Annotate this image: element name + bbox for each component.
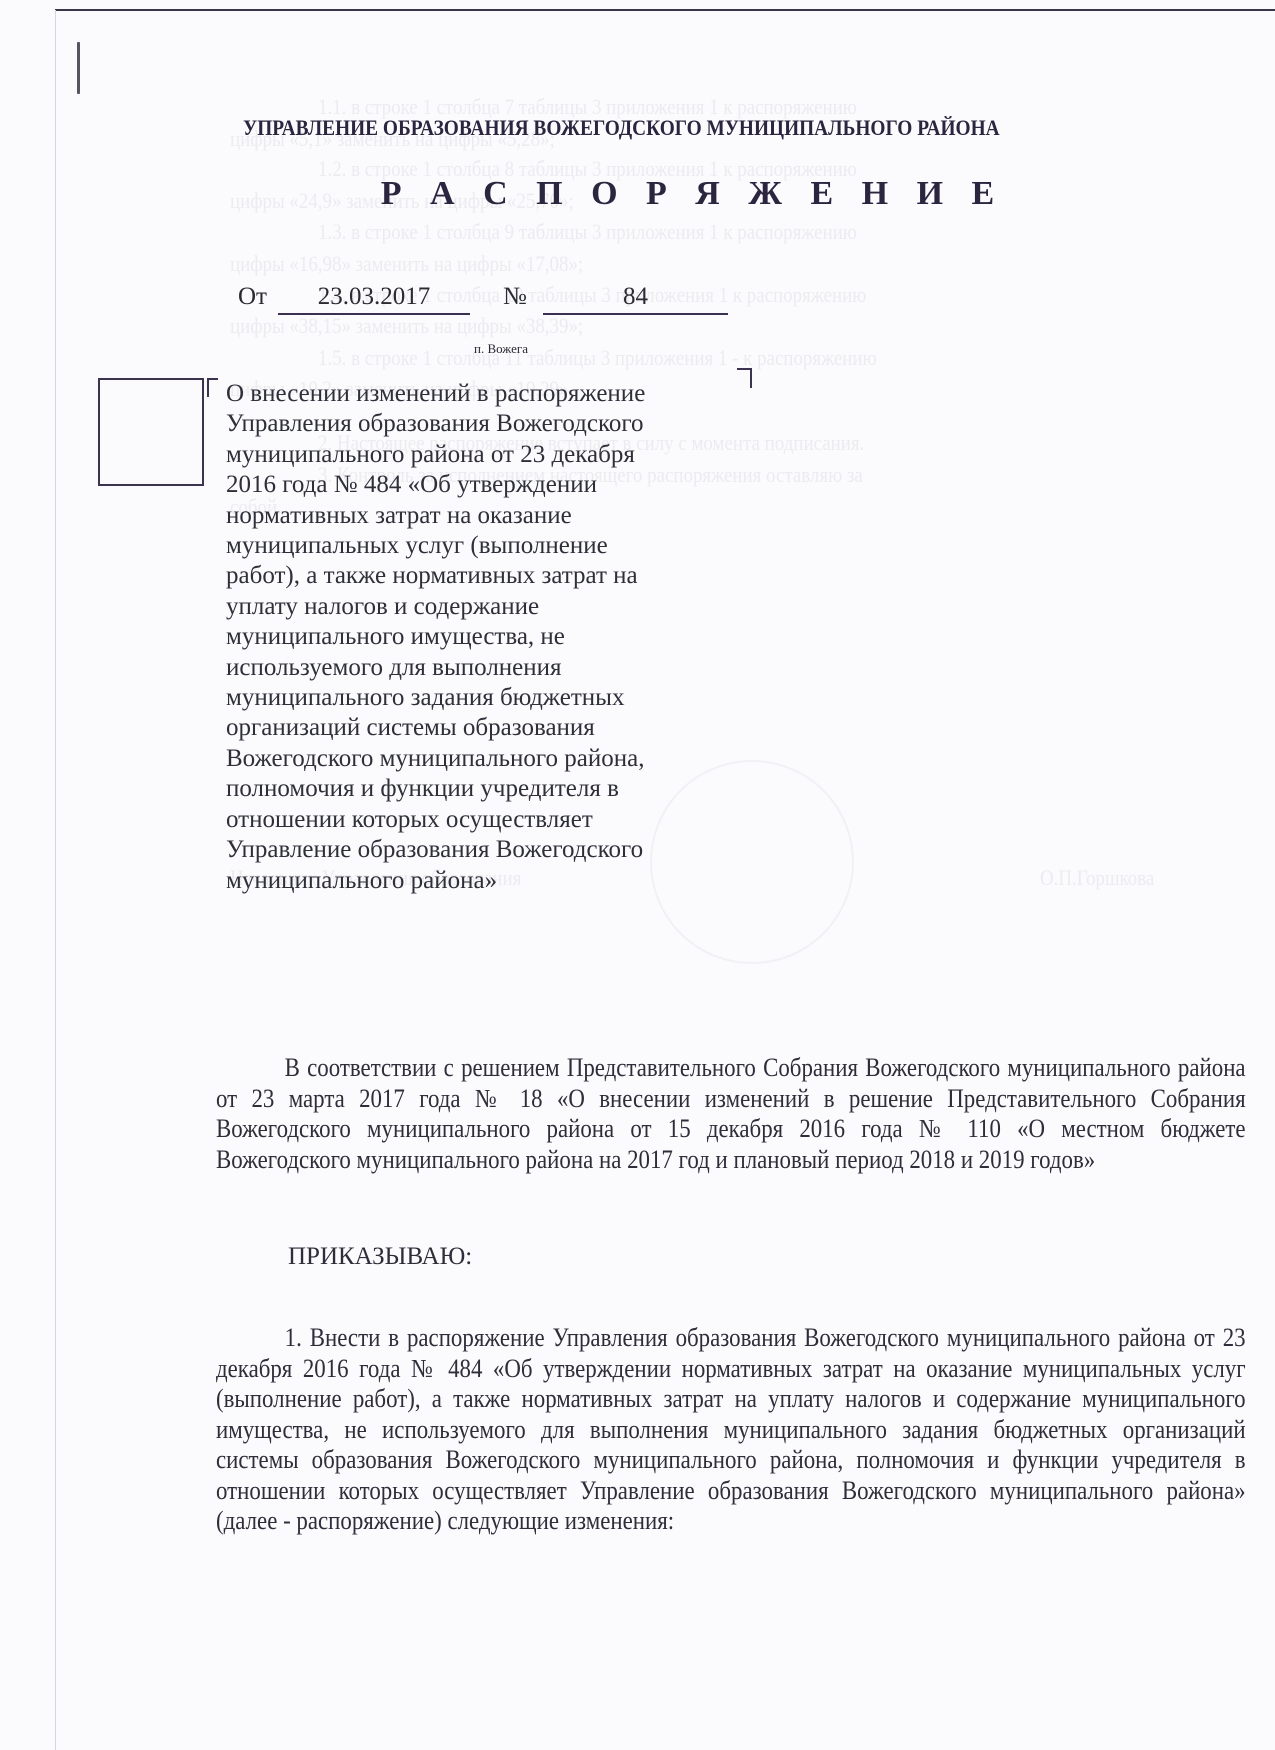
preamble-text: В соответствии с решением Представительн… xyxy=(216,1053,1246,1175)
subject-line: Вожегодского муниципального района, xyxy=(226,744,746,774)
subject-line: О внесении изменений в распоряжение xyxy=(226,379,746,409)
number-field: 84 xyxy=(543,283,728,315)
bleed-line: цифры «38,15» заменить на цифры «38,39»; xyxy=(230,313,583,339)
subject-line: используемого для выполнения xyxy=(226,653,746,683)
subject-line: нормативных затрат на оказание xyxy=(226,501,746,531)
bleed-line: цифры «16,98» заменить на цифры «17,08»; xyxy=(230,251,583,277)
bracket-top-left xyxy=(207,378,218,397)
number-label: № xyxy=(503,283,527,311)
margin-mark xyxy=(77,42,80,94)
date-label: От xyxy=(238,283,267,311)
subject-line: полномочия и функции учредителя в xyxy=(226,774,746,804)
bleed-line: О.П.Горшкова xyxy=(1040,865,1154,891)
clause-1-text: 1. Внести в распоряжение Управления обра… xyxy=(216,1323,1246,1537)
bleed-line: 1.5. в строке 1 столбца 11 таблицы 3 при… xyxy=(318,345,877,371)
subject-line: муниципального задания бюджетных xyxy=(226,683,746,713)
subject-line: Управления образования Вожегодского xyxy=(226,409,746,439)
subject-line: работ), а также нормативных затрат на xyxy=(226,561,746,591)
organization-header: УПРАВЛЕНИЕ ОБРАЗОВАНИЯ ВОЖЕГОДСКОГО МУНИ… xyxy=(243,115,1000,141)
subject-line: организаций системы образования xyxy=(226,713,746,743)
preamble-paragraph: В соответствии с решением Представительн… xyxy=(216,1053,1246,1175)
clause-1-paragraph: 1. Внести в распоряжение Управления обра… xyxy=(216,1323,1246,1537)
page-edge-left xyxy=(55,10,56,1750)
subject-line: муниципального района» xyxy=(226,866,746,896)
subject-line: муниципального имущества, не xyxy=(226,622,746,652)
document-type-title: Р А С П О Р Я Ж Е Н И Е xyxy=(0,175,1275,213)
subject-line: отношении которых осуществляет xyxy=(226,805,746,835)
subject-line: 2016 года № 484 «Об утверждении xyxy=(226,470,746,500)
registration-box xyxy=(98,378,204,486)
place-label: п. Вожега xyxy=(474,341,528,357)
subject-line: муниципальных услуг (выполнение xyxy=(226,531,746,561)
page-edge-top xyxy=(55,9,1275,11)
date-field: 23.03.2017 xyxy=(278,283,470,315)
order-word: ПРИКАЗЫВАЮ: xyxy=(288,1243,472,1271)
bleed-line: 1.3. в строке 1 столбца 9 таблицы 3 прил… xyxy=(318,219,857,245)
subject-line: муниципального района от 23 декабря xyxy=(226,440,746,470)
document-subject: О внесении изменений в распоряжение Упра… xyxy=(226,379,746,896)
subject-line: Управление образования Вожегодского xyxy=(226,835,746,865)
subject-line: уплату налогов и содержание xyxy=(226,592,746,622)
